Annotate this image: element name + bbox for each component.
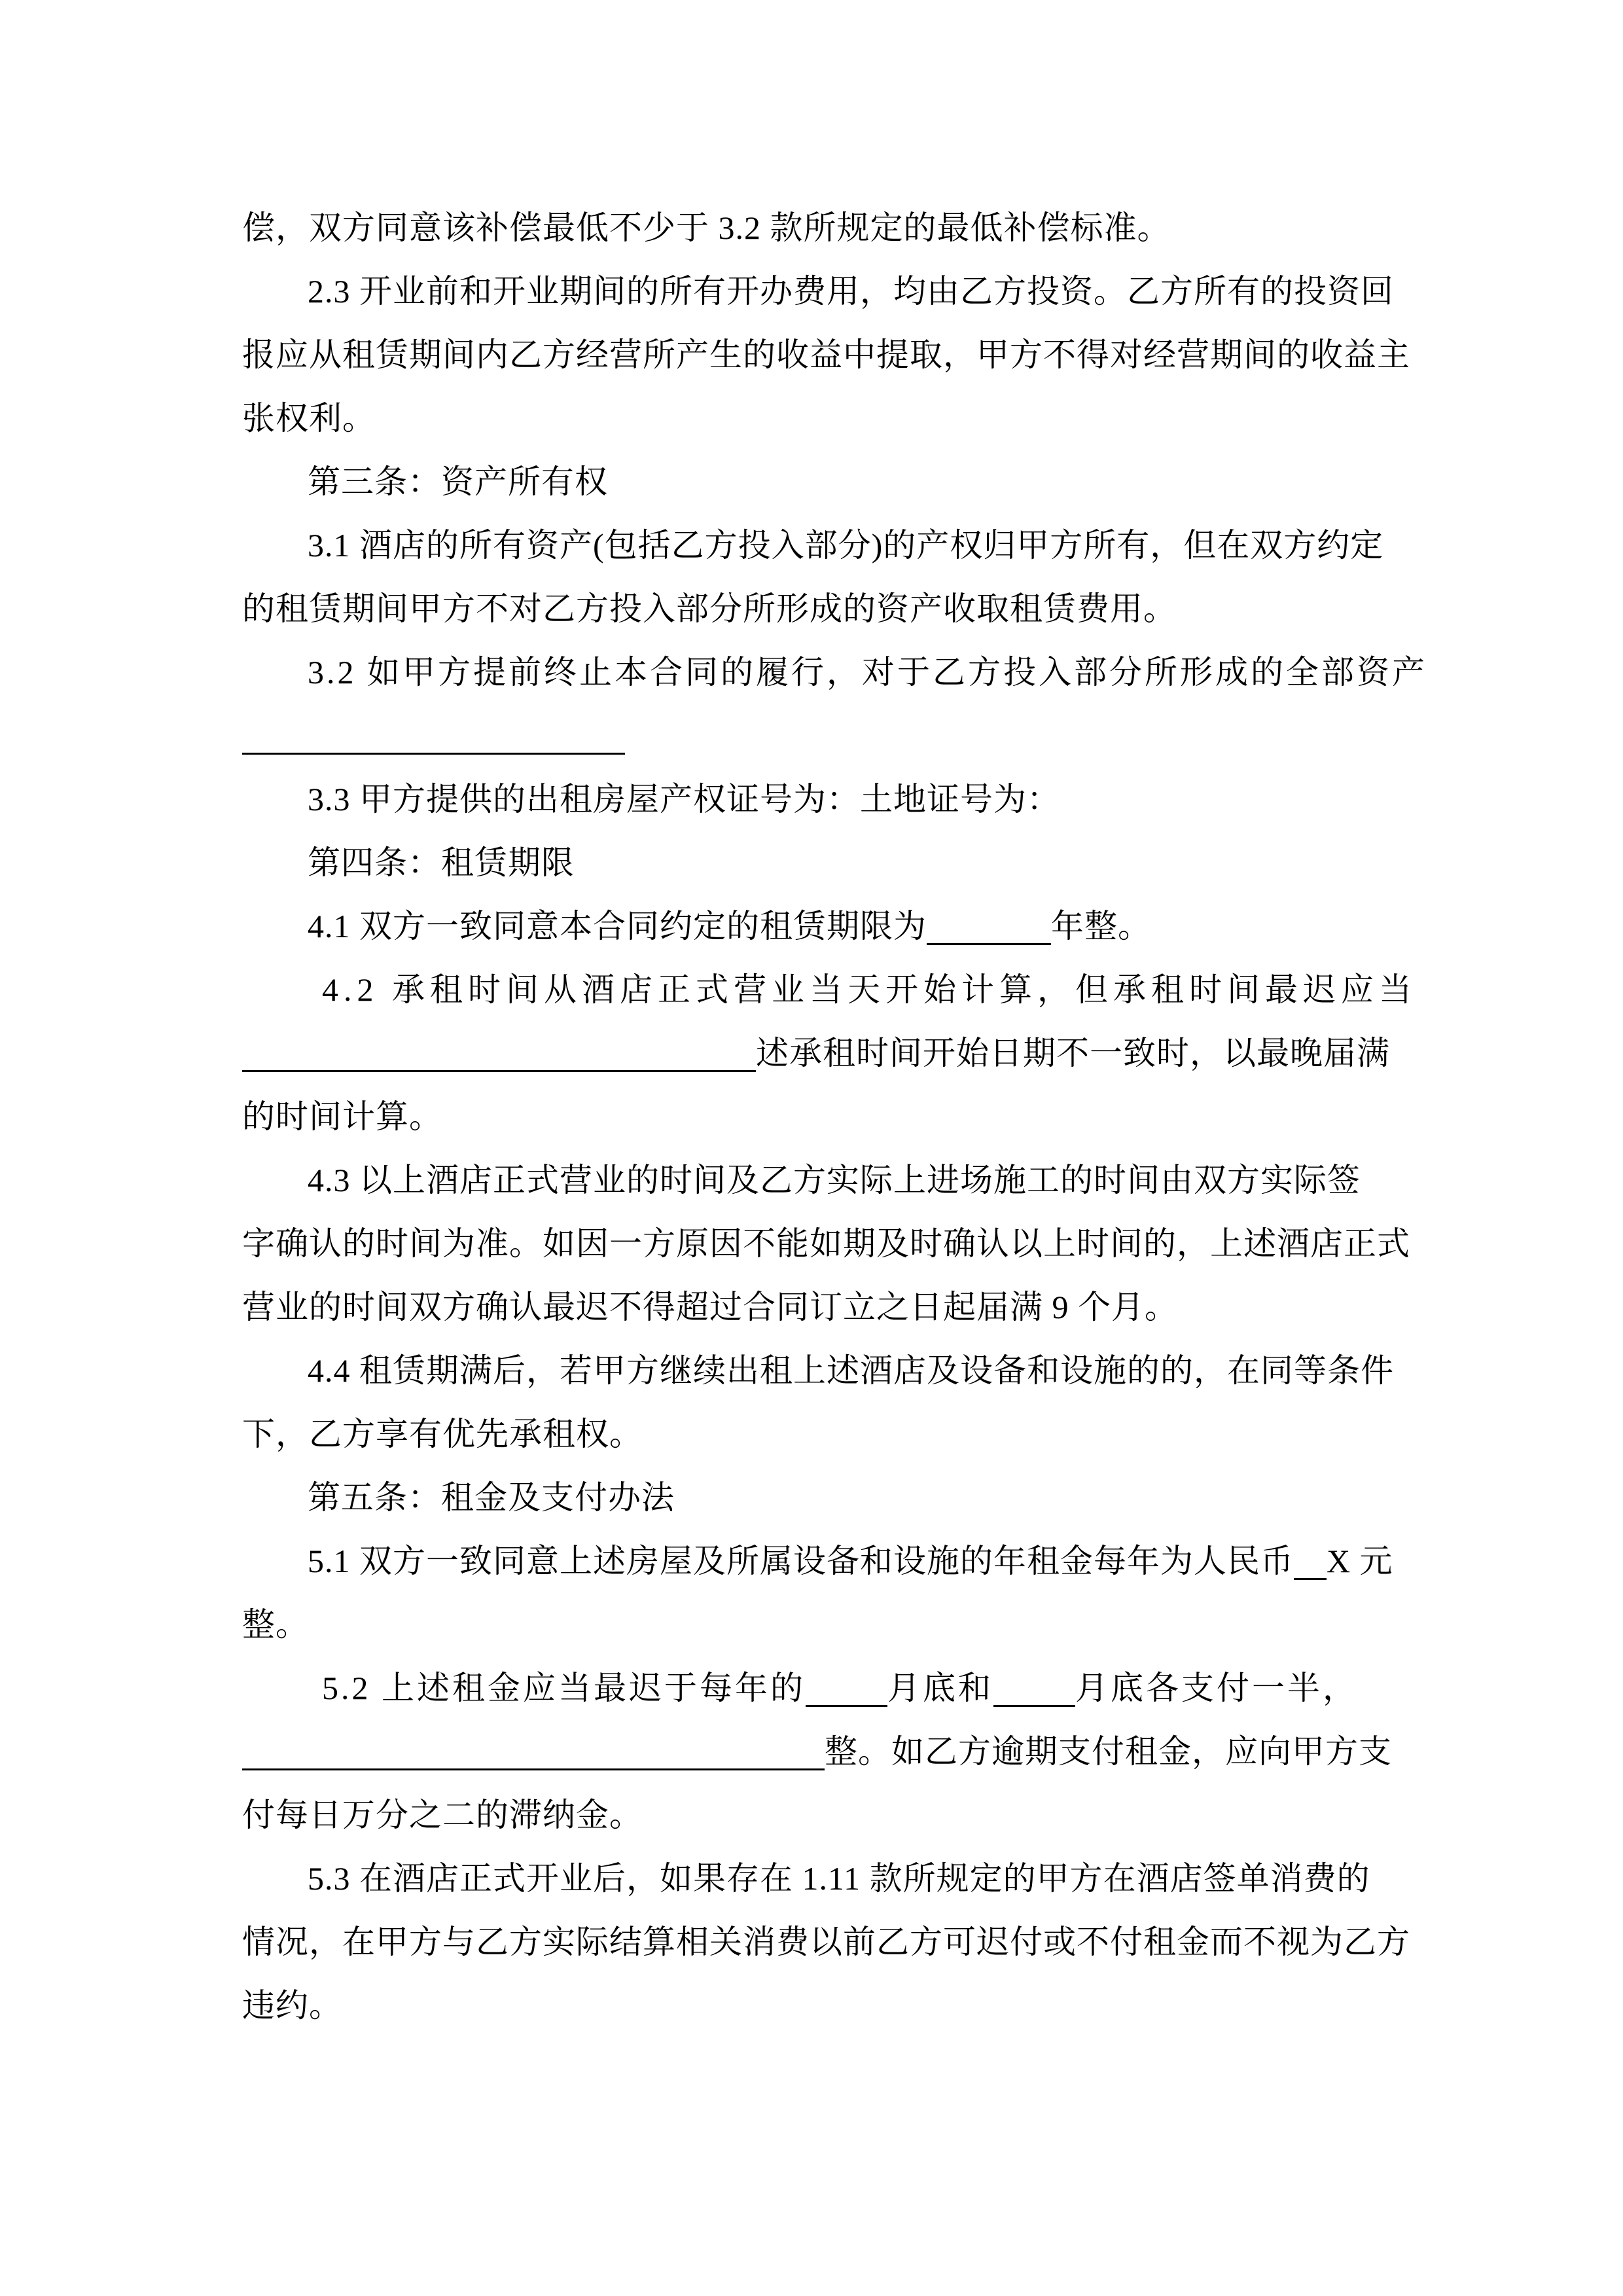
line-text: 3.2 如甲方提前终止本合同的履行，对于乙方投入部分所形成的全部资产 [308,654,1427,691]
line-text: 偿，双方同意该补偿最低不少于 3.2 款所规定的最低补偿标准。 [242,209,1171,246]
line-text: 违约。 [242,1987,342,2024]
line-text: 下，乙方享有优先承租权。 [242,1416,643,1452]
text-line: 第三条：资产所有权 [242,450,1382,514]
text-line: 2.3 开业前和开业期间的所有开办费用，均由乙方投资。乙方所有的投资回 [242,260,1382,323]
text-line: 5.2 上述租金应当最迟于每年的月底和月底各支付一半， [242,1657,1382,1720]
line-text: 5.2 上述租金应当最迟于每年的 [322,1670,806,1706]
line-text: X 元 [1327,1543,1393,1579]
text-line: 4.2 承租时间从酒店正式营业当天开始计算，但承租时间最迟应当 [242,958,1382,1022]
page: { "page": { "background": "#ffffff", "te… [0,0,1623,2296]
text-line: 字确认的时间为准。如因一方原因不能如期及时确认以上时间的，上述酒店正式 [242,1212,1382,1276]
fill-in-blank-line [927,943,1051,945]
line-text: 述承租时间开始日期不一致时，以最晚届满 [756,1035,1390,1071]
text-line: 报应从租赁期间内乙方经营所产生的收益中提取，甲方不得对经营期间的收益主 [242,323,1382,387]
text-line: 情况，在甲方与乙方实际结算相关消费以前乙方可迟付或不付租金而不视为乙方 [242,1910,1382,1974]
line-text: 2.3 开业前和开业期间的所有开办费用，均由乙方投资。乙方所有的投资回 [308,273,1394,310]
fill-in-blank-line [242,753,625,755]
text-line: 述承租时间开始日期不一致时，以最晚届满 [242,1022,1382,1085]
text-line: 3.2 如甲方提前终止本合同的履行，对于乙方投入部分所形成的全部资产 [242,641,1382,704]
line-text: 4.2 承租时间从酒店正式营业当天开始计算，但承租时间最迟应当 [322,971,1417,1008]
text-line: 3.1 酒店的所有资产(包括乙方投入部分)的产权归甲方所有，但在双方约定 [242,514,1382,577]
line-text: 5.3 在酒店正式开业后，如果存在 1.11 款所规定的甲方在酒店签单消费的 [308,1860,1370,1897]
fill-in-blank-line [242,1768,825,1770]
contract-page: 偿，双方同意该补偿最低不少于 3.2 款所规定的最低补偿标准。2.3 开业前和开… [0,0,1623,2296]
line-text: 4.3 以上酒店正式营业的时间及乙方实际上进场施工的时间由双方实际签 [308,1162,1361,1198]
text-line: 张权利。 [242,387,1382,450]
text-line: 4.3 以上酒店正式营业的时间及乙方实际上进场施工的时间由双方实际签 [242,1149,1382,1212]
line-text: 的租赁期间甲方不对乙方投入部分所形成的资产收取租赁费用。 [242,590,1177,627]
line-text: 报应从租赁期间内乙方经营所产生的收益中提取，甲方不得对经营期间的收益主 [242,336,1410,373]
text-line: 的租赁期间甲方不对乙方投入部分所形成的资产收取租赁费用。 [242,577,1382,641]
text-line: 整。如乙方逾期支付租金，应向甲方支 [242,1720,1382,1784]
fill-in-blank-line [993,1705,1075,1707]
line-text: 年整。 [1051,908,1151,944]
line-text: 付每日万分之二的滞纳金。 [242,1797,643,1833]
line-text: 月底和 [887,1670,993,1706]
line-text: 整。 [242,1606,309,1643]
fill-in-blank-line [806,1705,887,1707]
line-text: 第五条：租金及支付办法 [308,1479,675,1516]
text-line: 的时间计算。 [242,1085,1382,1149]
line-text: 情况，在甲方与乙方实际结算相关消费以前乙方可迟付或不付租金而不视为乙方 [242,1924,1410,1960]
text-line: 付每日万分之二的滞纳金。 [242,1784,1382,1847]
text-line: 违约。 [242,1974,1382,2037]
fill-in-blank-line [1294,1578,1327,1580]
text-line: 第五条：租金及支付办法 [242,1466,1382,1530]
line-text: 3.1 酒店的所有资产(包括乙方投入部分)的产权归甲方所有，但在双方约定 [308,527,1383,564]
text-line [242,704,1382,768]
fill-in-blank-line [242,1070,756,1072]
text-line: 4.4 租赁期满后，若甲方继续出租上述酒店及设备和设施的的，在同等条件 [242,1339,1382,1403]
text-line: 4.1 双方一致同意本合同约定的租赁期限为年整。 [242,895,1382,958]
line-text: 4.4 租赁期满后，若甲方继续出租上述酒店及设备和设施的的，在同等条件 [308,1352,1394,1389]
document-text: 偿，双方同意该补偿最低不少于 3.2 款所规定的最低补偿标准。2.3 开业前和开… [242,196,1382,2037]
text-line: 5.3 在酒店正式开业后，如果存在 1.11 款所规定的甲方在酒店签单消费的 [242,1847,1382,1910]
text-line: 5.1 双方一致同意上述房屋及所属设备和设施的年租金每年为人民币X 元 [242,1530,1382,1593]
text-line: 下，乙方享有优先承租权。 [242,1403,1382,1466]
line-text: 5.1 双方一致同意上述房屋及所属设备和设施的年租金每年为人民币 [308,1543,1294,1579]
text-line: 3.3 甲方提供的出租房屋产权证号为：土地证号为： [242,768,1382,831]
text-line: 第四条：租赁期限 [242,831,1382,895]
line-text: 字确认的时间为准。如因一方原因不能如期及时确认以上时间的，上述酒店正式 [242,1225,1410,1262]
text-line: 营业的时间双方确认最迟不得超过合同订立之日起届满 9 个月。 [242,1276,1382,1339]
text-line: 偿，双方同意该补偿最低不少于 3.2 款所规定的最低补偿标准。 [242,196,1382,260]
line-text: 3.3 甲方提供的出租房屋产权证号为：土地证号为： [308,781,1060,817]
line-text: 整。如乙方逾期支付租金，应向甲方支 [825,1733,1392,1770]
line-text: 营业的时间双方确认最迟不得超过合同订立之日起届满 9 个月。 [242,1289,1178,1325]
line-text: 4.1 双方一致同意本合同约定的租赁期限为 [308,908,927,944]
line-text: 张权利。 [242,400,376,437]
line-text: 的时间计算。 [242,1098,442,1135]
line-text: 月底各支付一半， [1075,1670,1358,1706]
line-text: 第三条：资产所有权 [308,463,608,500]
line-text: 第四条：租赁期限 [308,844,575,881]
text-line: 整。 [242,1593,1382,1657]
